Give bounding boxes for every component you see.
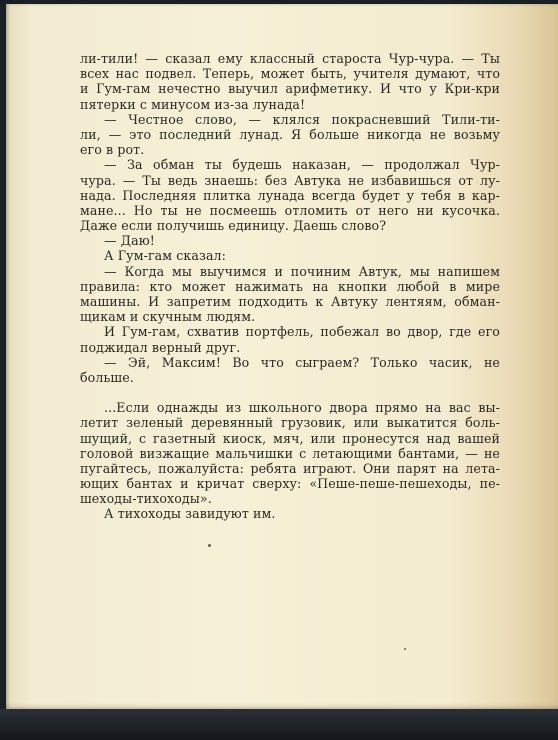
- page-text: ли-тили! — сказал ему классный староста …: [80, 51, 500, 522]
- paper-speck: [208, 544, 211, 547]
- text-line: ли-тили! — сказал ему классный староста …: [80, 51, 500, 66]
- text-line: машины. И запретим подходить к Автуку ле…: [80, 294, 500, 309]
- text-line: шеходы-тихоходы».: [80, 491, 500, 506]
- text-line: — Даю!: [80, 233, 500, 248]
- text-line: — Честное слово, — клялся покрасневший Т…: [80, 112, 500, 127]
- section-break: [80, 385, 500, 400]
- book-page: ли-тили! — сказал ему классный староста …: [6, 4, 558, 709]
- text-line: пугайтесь, пожалуйста: ребята играют. Он…: [80, 461, 500, 476]
- text-line: головой визжащие мальчишки с летающими б…: [80, 446, 500, 461]
- scan-background: [0, 709, 558, 740]
- text-line: пятерки с минусом из-за лунада!: [80, 97, 500, 112]
- text-line: нада. Последняя плитка лунада всегда буд…: [80, 188, 500, 203]
- text-line: ...Если однажды из школьного двора прямо…: [80, 400, 500, 415]
- text-line: — За обман ты будешь наказан, — продолжа…: [80, 157, 500, 172]
- text-line: — Эй, Максим! Во что сыграем? Только час…: [80, 355, 500, 370]
- text-line: ли, — это последний лунад. Я больше нико…: [80, 127, 500, 142]
- text-line: А тихоходы завидуют им.: [80, 506, 500, 521]
- text-line: щикам и скучным людям.: [80, 309, 500, 324]
- text-line: шущий, с газетный киоск, мяч, или пронес…: [80, 431, 500, 446]
- text-line: и Гум-гам нечестно выучил арифметику. И …: [80, 81, 500, 96]
- text-line: поджидал верный друг.: [80, 340, 500, 355]
- text-line: правила: кто может нажимать на кнопки лю…: [80, 279, 500, 294]
- text-line: А Гум-гам сказал:: [80, 248, 500, 263]
- text-line: больше.: [80, 370, 500, 385]
- text-line: его в рот.: [80, 142, 500, 157]
- paper-speck: [404, 648, 406, 650]
- text-line: Даже если получишь единицу. Даешь слово?: [80, 218, 500, 233]
- text-line: ющих бантах и кричат сверху: «Пеше-пеше-…: [80, 476, 500, 491]
- text-line: мане... Но ты не посмеешь отломить от не…: [80, 203, 500, 218]
- text-line: чура. — Ты ведь знаешь: без Автука не из…: [80, 173, 500, 188]
- text-line: всех нас подвел. Теперь, может быть, учи…: [80, 66, 500, 81]
- text-line: — Когда мы выучимся и починим Автук, мы …: [80, 264, 500, 279]
- text-line: И Гум-гам, схватив портфель, побежал во …: [80, 324, 500, 339]
- text-line: летит зеленый деревянный грузовик, или в…: [80, 415, 500, 430]
